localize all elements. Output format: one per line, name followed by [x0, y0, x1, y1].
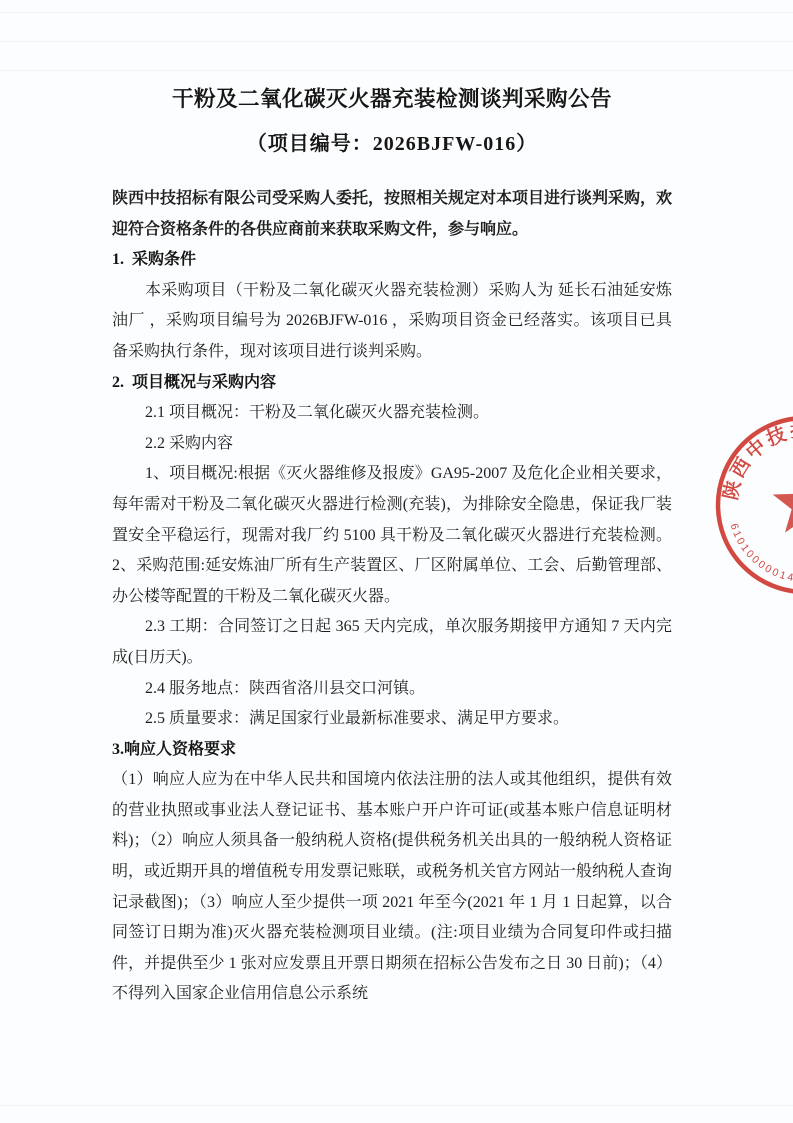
seal-star-icon: [773, 471, 793, 533]
scan-artifact: [0, 1105, 793, 1106]
paragraph: 2.5 质量要求：满足国家行业最新标准要求、满足甲方要求。: [112, 704, 672, 735]
paragraph: 2.2 采购内容: [112, 429, 672, 460]
paragraph: 2.4 服务地点：陕西省洛川县交口河镇。: [112, 674, 672, 705]
section-heading: 1. 采购条件: [112, 245, 672, 276]
company-seal: 陕西中技招标有限公司 6101000001422: [705, 395, 793, 615]
paragraph: 本采购项目（干粉及二氧化碳灭火器充装检测）采购人为 延长石油延安炼油厂 ，采购项…: [112, 276, 672, 368]
paragraph: 2.3 工期：合同签订之日起 365 天内完成，单次服务期接甲方通知 7 天内完…: [112, 612, 672, 673]
document-content: 干粉及二氧化碳灭火器充装检测谈判采购公告 （项目编号：2026BJFW-016）…: [112, 84, 672, 1010]
paragraph: 2.1 项目概况：干粉及二氧化碳灭火器充装检测。: [112, 398, 672, 429]
section-heading: 3.响应人资格要求: [112, 735, 672, 766]
seal-code-text-container: 6101000001422: [728, 522, 793, 585]
scan-artifact: [0, 12, 793, 13]
paragraph: （1）响应人应为在中华人民共和国境内依法注册的法人或其他组织，提供有效的营业执照…: [112, 765, 672, 1010]
seal-code-text: 6101000001422: [728, 522, 793, 585]
project-number: （项目编号：2026BJFW-016）: [112, 131, 672, 157]
document-title: 干粉及二氧化碳灭火器充装检测谈判采购公告: [112, 84, 672, 114]
paragraph: 1、项目概况:根据《灭火器维修及报废》GA95-2007 及危化企业相关要求，每…: [112, 459, 672, 612]
document-page: 干粉及二氧化碳灭火器充装检测谈判采购公告 （项目编号：2026BJFW-016）…: [0, 0, 793, 1123]
scan-artifact: [0, 41, 793, 42]
scan-artifact: [0, 70, 793, 71]
section-heading: 2. 项目概况与采购内容: [112, 368, 672, 399]
intro-paragraph: 陕西中技招标有限公司受采购人委托，按照相关规定对本项目进行谈判采购，欢迎符合资格…: [112, 184, 672, 245]
document-body: 1. 采购条件本采购项目（干粉及二氧化碳灭火器充装检测）采购人为 延长石油延安炼…: [112, 245, 672, 1010]
